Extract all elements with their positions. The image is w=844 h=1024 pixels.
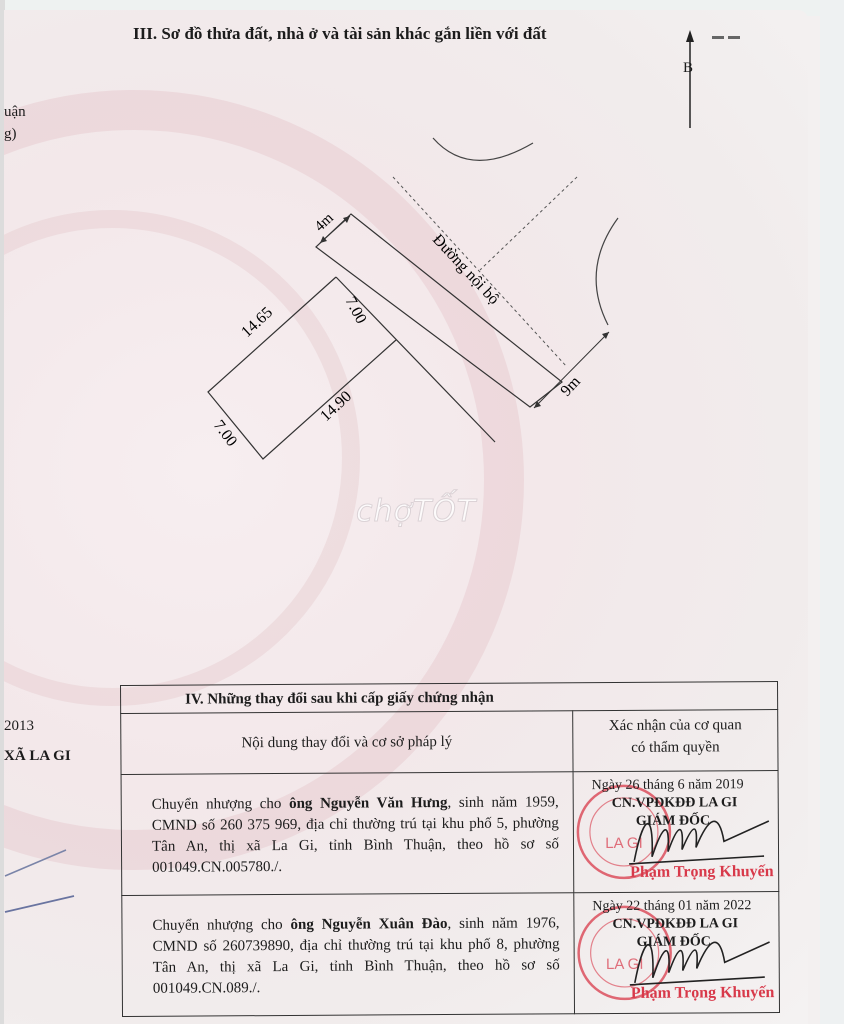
signature-icon (624, 801, 774, 872)
table-row: Chuyển nhượng cho ông Nguyễn Văn Hưng, s… (121, 770, 779, 895)
confirm-header-line2: có thẩm quyền (579, 736, 771, 759)
side-right-label: 7.00 (341, 294, 369, 327)
road-width-bottom-label: 9m (557, 373, 584, 400)
signer-name: Phạm Trọng Khuyến (631, 984, 775, 1003)
table-row: Chuyển nhượng cho ông Nguyễn Xuân Đào, s… (122, 891, 780, 1016)
change-content: Chuyển nhượng cho ông Nguyễn Văn Hưng, s… (121, 772, 574, 896)
column-header-content: Nội dung thay đổi và cơ sở pháp lý (121, 711, 573, 775)
section-4-title: IV. Những thay đổi sau khi cấp giấy chứn… (121, 681, 778, 713)
side-left-label: 7.00 (210, 417, 240, 450)
road-label: Đường nội bộ (429, 231, 502, 308)
side-bottom-label: 14.90 (317, 388, 355, 425)
column-header-confirm: Xác nhận của cơ quan có thẩm quyền (573, 709, 778, 771)
change-content: Chuyển nhượng cho ông Nguyễn Xuân Đào, s… (122, 893, 575, 1017)
new-owner-name: ông Nguyễn Văn Hưng (289, 795, 447, 812)
new-owner-name: ông Nguyễn Xuân Đào (290, 916, 447, 933)
pen-stroke-marks (0, 840, 80, 920)
confirmation-cell: LA GI Ngày 26 tháng 6 năm 2019 CN.VPĐKĐĐ… (573, 770, 779, 892)
confirmation-date: Ngày 22 tháng 01 năm 2022 (592, 898, 751, 915)
changes-table: IV. Những thay đổi sau khi cấp giấy chứn… (120, 681, 780, 1017)
confirmation-cell: LA GI Ngày 22 tháng 01 năm 2022 CN.VPĐKĐ… (574, 891, 780, 1013)
watermark: chợTỐT (356, 494, 476, 529)
lot-corner-arc (433, 138, 533, 160)
confirm-header-line1: Xác nhận của cơ quan (579, 714, 771, 737)
signature-icon (624, 922, 774, 993)
confirmation-date: Ngày 26 tháng 6 năm 2019 (592, 777, 744, 794)
lot-corner-arc (596, 218, 618, 325)
signer-name: Phạm Trọng Khuyến (630, 863, 774, 882)
